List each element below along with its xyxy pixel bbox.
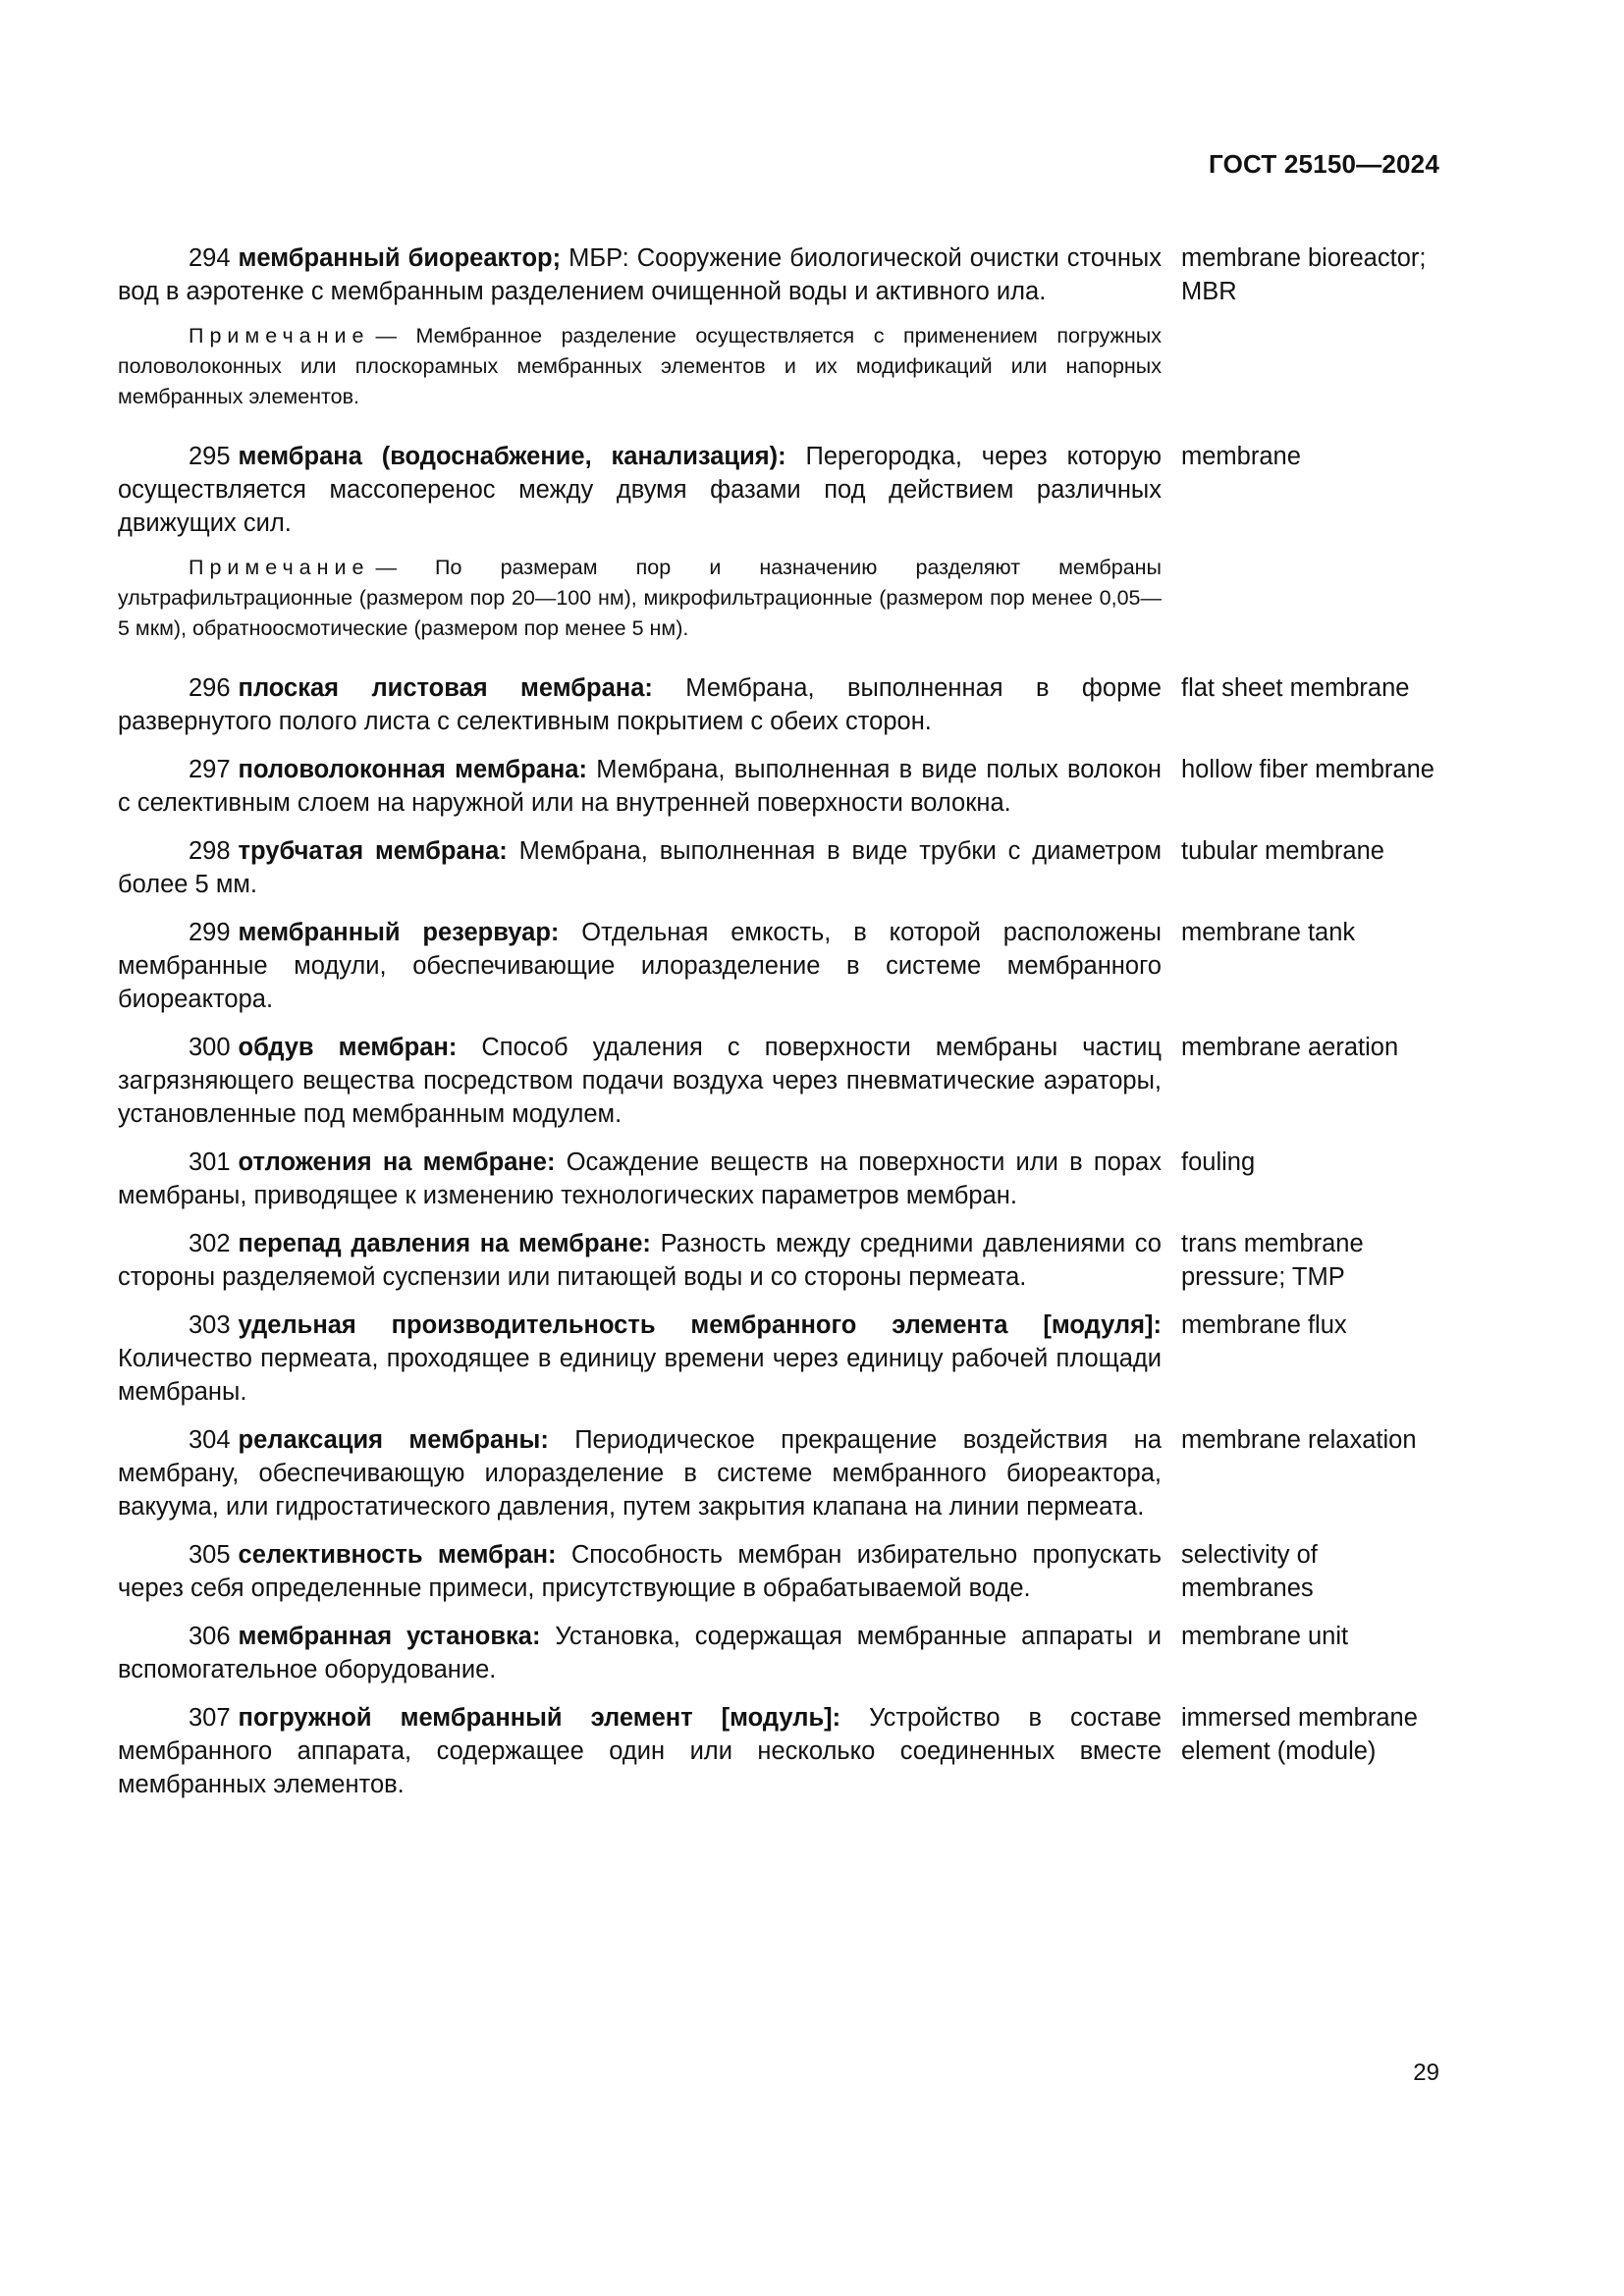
- term-definition: 301отложения на мембране: Осаждение веще…: [118, 1146, 1162, 1212]
- term-number: 296: [189, 674, 231, 702]
- term-definition: 302перепад давления на мембране: Разност…: [118, 1227, 1162, 1294]
- term-entry-303: 303удельная производительность мембранно…: [118, 1308, 1438, 1409]
- term-title: отложения на мембране:: [239, 1148, 556, 1176]
- term-entry-304: 304релаксация мембраны: Периодическое пр…: [118, 1423, 1438, 1523]
- english-equivalent: trans membrane pressure; TMP: [1181, 1227, 1438, 1294]
- term-entry-296: 296плоская листовая мембрана: Мембрана, …: [118, 671, 1438, 738]
- english-equivalent: selectivity of membranes: [1181, 1538, 1438, 1605]
- term-title: половолоконная мембрана:: [239, 756, 587, 783]
- english-equivalent: membrane tank: [1181, 916, 1438, 949]
- term-number: 300: [189, 1034, 231, 1061]
- term-note-294: Примечание— Мембранное разделение осущес…: [118, 321, 1162, 412]
- term-entry-298: 298трубчатая мембрана: Мембрана, выполне…: [118, 834, 1438, 901]
- term-number: 303: [189, 1311, 231, 1339]
- term-number: 302: [189, 1230, 231, 1257]
- term-title: перепад давления на мембране:: [239, 1230, 651, 1257]
- term-title: мембранный биореактор;: [239, 244, 562, 272]
- term-title: мембранный резервуар:: [239, 919, 560, 946]
- english-equivalent: fouling: [1181, 1146, 1438, 1179]
- term-title: трубчатая мембрана:: [239, 837, 508, 865]
- term-entry-307: 307погружной мембранный элемент [модуль]…: [118, 1701, 1438, 1801]
- term-entry-297: 297половолоконная мембрана: Мембрана, вы…: [118, 753, 1438, 820]
- term-entry-306: 306мембранная установка: Установка, соде…: [118, 1620, 1438, 1686]
- english-equivalent: hollow fiber membrane: [1181, 753, 1438, 786]
- term-definition: 294мембранный биореактор; МБР: Сооружени…: [118, 241, 1162, 308]
- term-entry-300: 300обдув мембран: Способ удаления с пове…: [118, 1031, 1438, 1131]
- page-number: 29: [1413, 2059, 1439, 2087]
- english-equivalent: flat sheet membrane: [1181, 671, 1438, 705]
- term-definition: 299мембранный резервуар: Отдельная емкос…: [118, 916, 1162, 1016]
- english-equivalent: tubular membrane: [1181, 834, 1438, 868]
- term-title: плоская листовая мембрана:: [239, 674, 653, 702]
- note-label: Примечание: [189, 556, 369, 579]
- term-number: 304: [189, 1426, 231, 1454]
- term-number: 305: [189, 1541, 231, 1569]
- term-title: релаксация мембраны:: [239, 1426, 549, 1454]
- term-entry-302: 302перепад давления на мембране: Разност…: [118, 1227, 1438, 1294]
- note-label: Примечание: [189, 324, 369, 347]
- term-definition: 295мембрана (водоснабжение, канализация)…: [118, 440, 1162, 540]
- term-definition: 300обдув мембран: Способ удаления с пове…: [118, 1031, 1162, 1131]
- term-entry-299: 299мембранный резервуар: Отдельная емкос…: [118, 916, 1438, 1016]
- term-entry-305: 305селективность мембран: Способность ме…: [118, 1538, 1438, 1605]
- term-note-295: Примечание— По размерам пор и назначению…: [118, 553, 1162, 644]
- term-entry-294: 294мембранный биореактор; МБР: Сооружени…: [118, 241, 1438, 308]
- english-equivalent: membrane unit: [1181, 1620, 1438, 1653]
- term-definition: 303удельная производительность мембранно…: [118, 1308, 1162, 1409]
- term-number: 298: [189, 837, 231, 865]
- term-definition: 305селективность мембран: Способность ме…: [118, 1538, 1162, 1605]
- english-equivalent: membrane flux: [1181, 1308, 1438, 1342]
- term-number: 306: [189, 1623, 231, 1650]
- term-definition: 297половолоконная мембрана: Мембрана, вы…: [118, 753, 1162, 820]
- term-entry-295: 295мембрана (водоснабжение, канализация)…: [118, 440, 1438, 540]
- term-definition: 298трубчатая мембрана: Мембрана, выполне…: [118, 834, 1162, 901]
- english-equivalent: membrane relaxation: [1181, 1423, 1438, 1457]
- term-number: 297: [189, 756, 231, 783]
- terms-list: 294мембранный биореактор; МБР: Сооружени…: [118, 241, 1438, 1816]
- term-title: селективность мембран:: [239, 1541, 557, 1569]
- document-header: ГОСТ 25150—2024: [1209, 149, 1439, 180]
- term-definition: 306мембранная установка: Установка, соде…: [118, 1620, 1162, 1686]
- term-title: мембрана (водоснабжение, канализация):: [239, 443, 786, 470]
- term-definition: 307погружной мембранный элемент [модуль]…: [118, 1701, 1162, 1801]
- term-definition: 296плоская листовая мембрана: Мембрана, …: [118, 671, 1162, 738]
- english-equivalent: membrane aeration: [1181, 1031, 1438, 1064]
- term-number: 295: [189, 443, 231, 470]
- term-title: обдув мембран:: [239, 1034, 458, 1061]
- term-number: 307: [189, 1704, 231, 1732]
- term-definition: 304релаксация мембраны: Периодическое пр…: [118, 1423, 1162, 1523]
- term-title: погружной мембранный элемент [модуль]:: [239, 1704, 841, 1732]
- term-number: 299: [189, 919, 231, 946]
- english-equivalent: membrane: [1181, 440, 1438, 473]
- term-number: 294: [189, 244, 231, 272]
- term-title: удельная производительность мембранного …: [239, 1311, 1162, 1339]
- english-equivalent: membrane bioreactor; MBR: [1181, 241, 1438, 308]
- english-equivalent: immersed membrane element (module): [1181, 1701, 1438, 1768]
- term-text: Количество пермеата, проходящее в единиц…: [118, 1345, 1162, 1406]
- term-entry-301: 301отложения на мембране: Осаждение веще…: [118, 1146, 1438, 1212]
- term-title: мембранная установка:: [239, 1623, 541, 1650]
- term-number: 301: [189, 1148, 231, 1176]
